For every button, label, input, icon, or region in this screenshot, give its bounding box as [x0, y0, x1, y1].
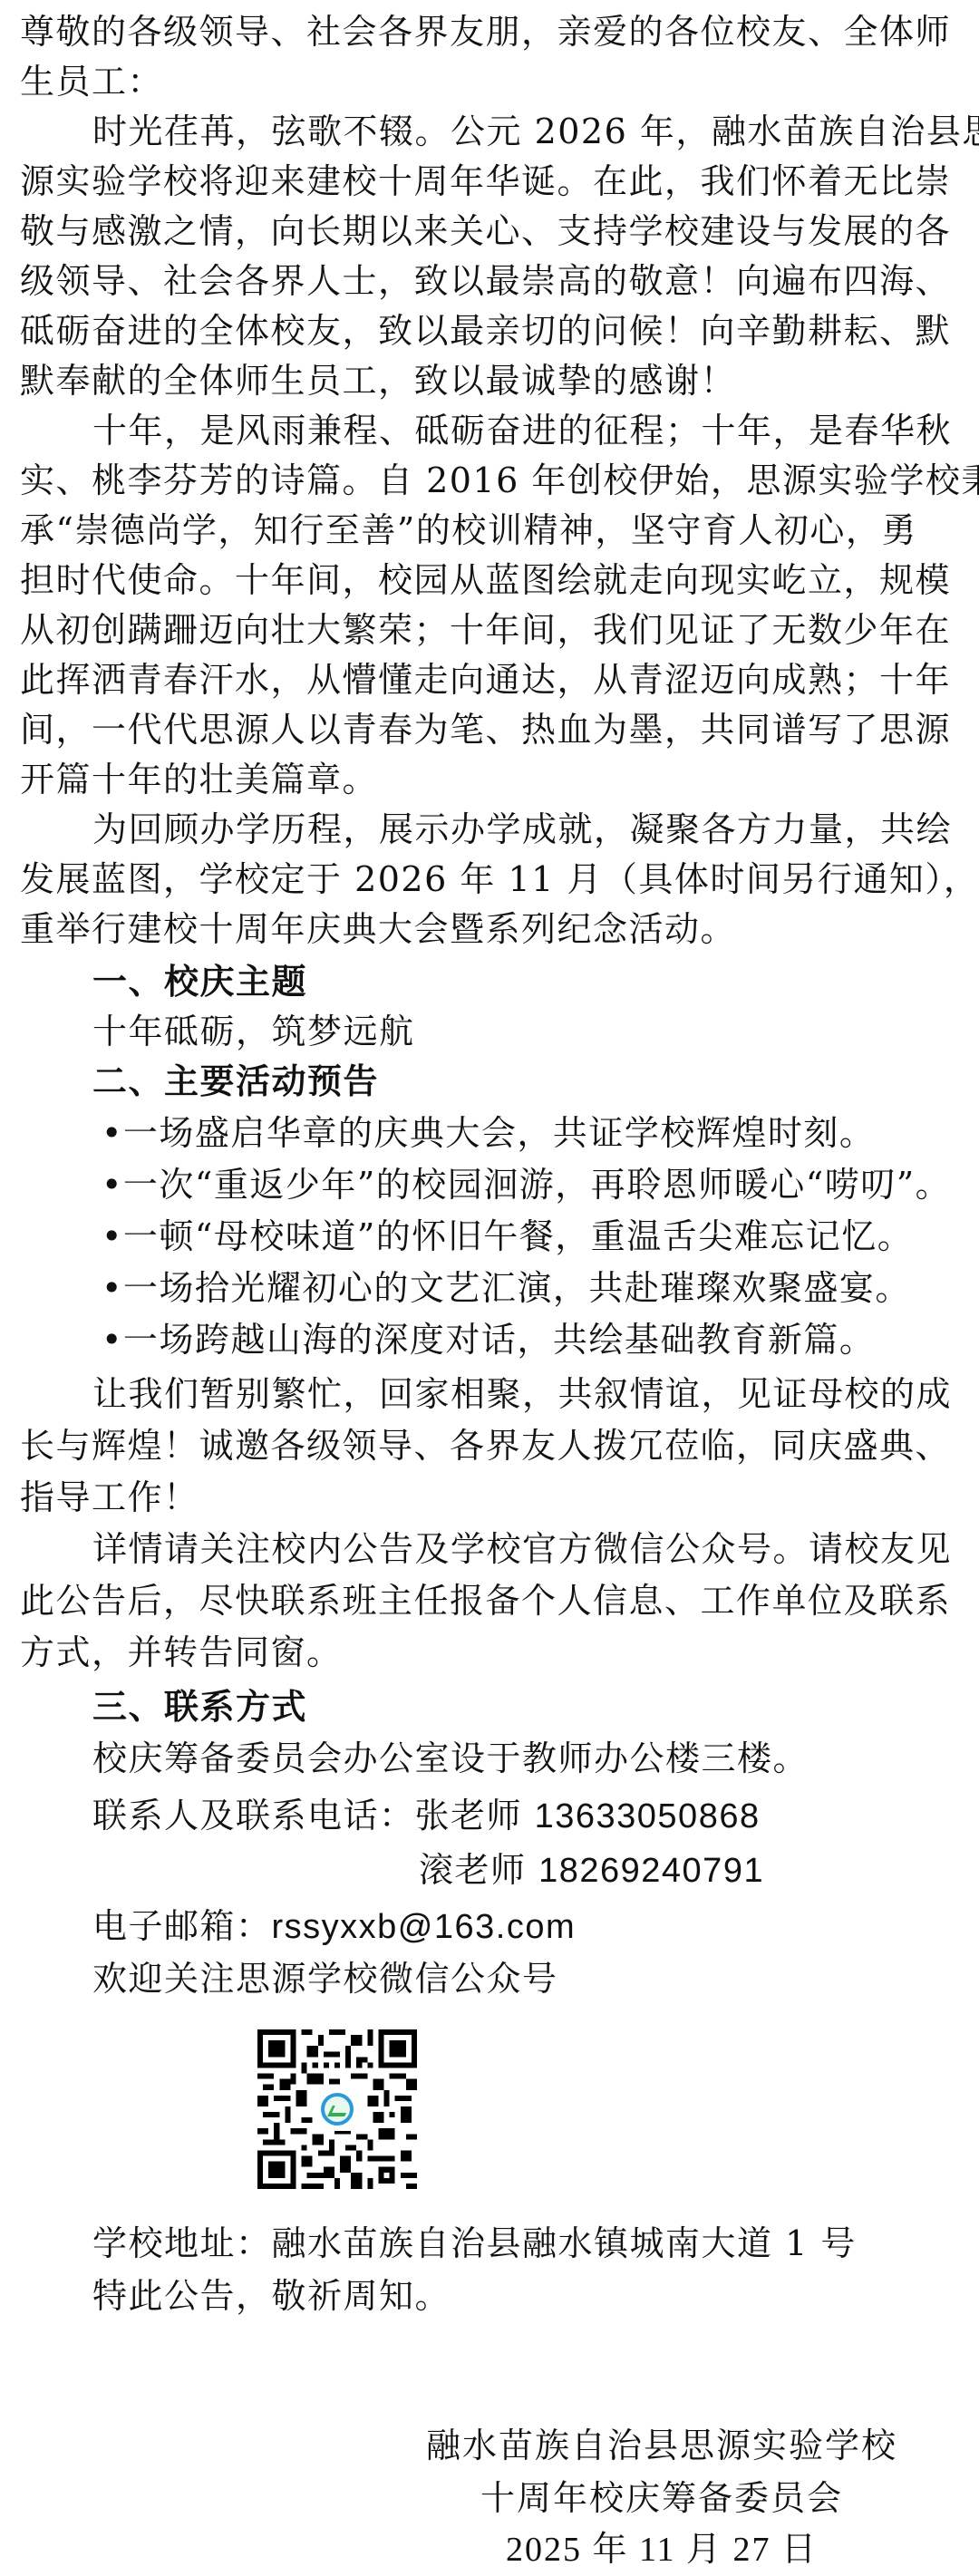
wechat-qr-code-icon[interactable] — [257, 2029, 417, 2189]
notice-line-1: 详情请关注校内公告及学校官方微信公众号。请校友见 — [92, 1528, 952, 1570]
address-row: 学校地址：融水苗族自治县融水镇城南大道 1 号 — [92, 2223, 857, 2264]
activity-item-3: •一顿“母校味道”的怀旧午餐，重温舌尖难忘记忆。 — [102, 1215, 913, 1257]
address-value: 融水苗族自治县融水镇城南大道 1 号 — [272, 2223, 857, 2263]
p2-line-6: 此挥洒青春汗水，从懵懂走向通达，从青涩迈向成熟；十年 — [20, 659, 951, 701]
p2-line-3: 承“崇德尚学，知行至善”的校训精神，坚守育人初心，勇 — [20, 509, 917, 551]
signature-date: 2025 年 11 月 27 日 — [0, 2529, 979, 2571]
p1-line-5: 砥砺奋进的全体校友，致以最亲切的问候！向辛勤耕耘、默 — [20, 310, 951, 352]
p3-line-3: 重举行建校十周年庆典大会暨系列纪念活动。 — [20, 908, 736, 950]
contact-phone[interactable]: 13633050868 — [535, 1797, 761, 1835]
p2-line-1: 十年，是风雨兼程、砥砺奋进的征程；十年，是春华秋 — [92, 410, 952, 451]
wechat-prompt: 欢迎关注思源学校微信公众号 — [92, 1958, 558, 2000]
invitation-line-1: 让我们暂别繁忙，回家相聚，共叙情谊，见证母校的成 — [92, 1373, 952, 1415]
greeting-line-1: 尊敬的各级领导、社会各界友朋，亲爱的各位校友、全体师 — [20, 11, 951, 53]
section-1-theme: 十年砥砺，筑梦远航 — [92, 1011, 415, 1052]
notice-line-2: 此公告后，尽快联系班主任报备个人信息、工作单位及联系 — [20, 1580, 951, 1622]
invitation-line-2: 长与辉煌！诚邀各级领导、各界友人拨冗莅临，同庆盛典、 — [20, 1425, 951, 1467]
email-row: 电子邮箱：rssyxxb@163.com — [92, 1905, 576, 1948]
p3-line-2: 发展蓝图，学校定于 2026 年 11 月（具体时间另行通知），隆 — [20, 858, 979, 900]
p2-line-8: 开篇十年的壮美篇章。 — [20, 759, 378, 800]
activity-item-1: •一场盛启华章的庆典大会，共证学校辉煌时刻。 — [102, 1112, 875, 1154]
email-link[interactable]: rssyxxb@163.com — [272, 1908, 577, 1946]
contact-row-2: 滚老师 18269240791 — [419, 1849, 764, 1892]
notice-line-3: 方式，并转告同窗。 — [20, 1632, 343, 1673]
greeting-line-2: 生员工： — [20, 61, 163, 102]
p1-line-6: 默奉献的全体师生员工，致以最诚挚的感谢！ — [20, 360, 736, 402]
section-1-heading: 一、校庆主题 — [92, 961, 307, 1002]
contact-label: 联系人及联系电话： — [92, 1796, 415, 1835]
p2-line-7: 间，一代代思源人以青春为笔、热血为墨，共同谱写了思源 — [20, 709, 951, 751]
p2-line-4: 担时代使命。十年间，校园从蓝图绘就走向现实屹立，规模 — [20, 559, 951, 601]
closing-line: 特此公告，敬祈周知。 — [92, 2275, 451, 2317]
section-3-heading: 三、联系方式 — [92, 1686, 307, 1728]
p1-line-4: 级领导、社会各界人士，致以最崇高的敬意！向遍布四海、 — [20, 260, 951, 302]
contact-row-1: 联系人及联系电话：张老师 13633050868 — [92, 1795, 761, 1837]
invitation-line-3: 指导工作！ — [20, 1477, 199, 1518]
p2-line-2: 实、桃李芬芳的诗篇。自 2016 年创校伊始，思源实验学校秉 — [20, 460, 979, 501]
p1-line-3: 敬与感激之情，向长期以来关心、支持学校建设与发展的各 — [20, 210, 951, 252]
office-location: 校庆筹备委员会办公室设于教师办公楼三楼。 — [92, 1738, 809, 1779]
p1-line-2: 源实验学校将迎来建校十周年华诞。在此，我们怀着无比崇 — [20, 160, 951, 202]
p2-line-5: 从初创蹒跚迈向壮大繁荣；十年间，我们见证了无数少年在 — [20, 609, 951, 651]
contact-name: 滚老师 — [419, 1850, 527, 1890]
school-logo-icon — [315, 2087, 359, 2131]
signature-org: 融水苗族自治县思源实验学校 — [0, 2425, 979, 2466]
contact-phone[interactable]: 18269240791 — [538, 1852, 764, 1890]
p1-line-1: 时光荏苒，弦歌不辍。公元 2026 年，融水苗族自治县思 — [92, 111, 979, 152]
contact-name: 张老师 — [415, 1796, 523, 1835]
activity-item-2: •一次“重返少年”的校园洄游，再聆恩师暖心“唠叨”。 — [102, 1164, 951, 1206]
p3-line-1: 为回顾办学历程，展示办学成就，凝聚各方力量，共绘 — [92, 809, 952, 850]
address-label: 学校地址： — [92, 2223, 272, 2263]
email-label: 电子邮箱： — [92, 1906, 272, 1946]
activity-item-5: •一场跨越山海的深度对话，共绘基础教育新篇。 — [102, 1319, 875, 1361]
signature-committee: 十周年校庆筹备委员会 — [0, 2477, 979, 2519]
section-2-heading: 二、主要活动预告 — [92, 1060, 379, 1102]
activity-item-4: •一场拾光耀初心的文艺汇演，共赴璀璨欢聚盛宴。 — [102, 1267, 911, 1309]
